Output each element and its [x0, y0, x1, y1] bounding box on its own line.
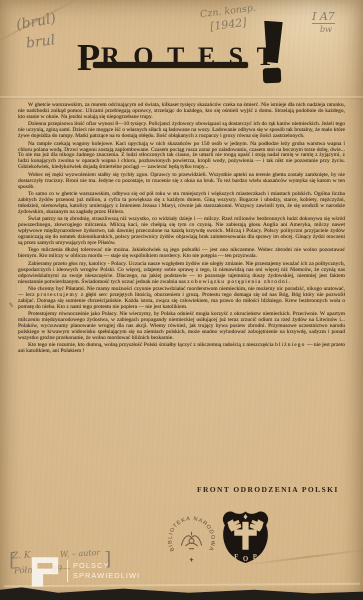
- paragraph-text: .: [288, 279, 289, 285]
- paragraph-text: Tego milczenia dłużej tolerować nie możn…: [18, 247, 345, 259]
- paragraph: Wobec tej męki wyzwoleniem stałby się ry…: [18, 173, 345, 191]
- emblem-letters: F O P: [234, 554, 257, 563]
- paragraph-text: W ghetcie warszawskim, za murem odcinają…: [18, 102, 345, 120]
- leaflet-page: (brul) brul Czn. konsp. [1942] I A7 bw P…: [0, 0, 363, 600]
- paragraph-text: To samo co w ghetcie warszawskim, odbywa…: [18, 191, 345, 215]
- paragraph: Zabieramy przeto głos my, katolicy - Pol…: [18, 262, 345, 286]
- watermark-divider: [67, 560, 68, 582]
- body-text: W ghetcie warszawskim, za murem odcinają…: [18, 103, 345, 357]
- title-text: ROTEST: [101, 42, 288, 72]
- library-stamp-cross-icon: ✚: [189, 557, 193, 563]
- site-watermark: POLSCY SPRAWIEDLIWI: [28, 553, 140, 588]
- paragraph: Dzienna przepisowa ilość ofiar wynosi 8—…: [18, 122, 345, 140]
- paragraph: Nie chcemy być Piłatami. Nie mamy możnoś…: [18, 287, 345, 311]
- paragraph-text: Świat patrzy na tę zbrodnię, straszliwsz…: [18, 216, 345, 246]
- scanned-document: (brul) brul Czn. konsp. [1942] I A7 bw P…: [0, 0, 363, 600]
- library-round-stamp: BIBLIOTEKA NARODOWA ✚: [168, 516, 215, 564]
- library-stamp-eagle-icon: [181, 532, 201, 549]
- title-block: P ROTEST: [0, 0, 363, 100]
- paragraph: Tego milczenia dłużej tolerować nie możn…: [18, 248, 345, 260]
- emblem-letter-o: O: [243, 556, 248, 563]
- paragraph-text: Zabieramy przeto głos my, katolicy - Pol…: [18, 261, 345, 285]
- watermark-line-1: POLSCY: [73, 561, 140, 571]
- paragraph-text: Dzienna przepisowa ilość ofiar wynosi 8—…: [18, 121, 345, 139]
- paragraph-text: Wobec tej męki wyzwoleniem stałby się ry…: [18, 172, 345, 190]
- paragraph: Na rampie czekają wagony kolejowe. Kaci …: [18, 142, 345, 172]
- title-initial: P: [77, 36, 100, 80]
- emphasized-text: obowiązku potępienia zbrodni: [191, 279, 288, 285]
- paragraph: Protestujemy równocześnie jako Polacy. N…: [18, 312, 345, 342]
- signature-line: FRONT ODRODZENIA POLSKI: [197, 485, 339, 494]
- emblem-letter-p: P: [253, 554, 257, 561]
- paragraph: To samo co w ghetcie warszawskim, odbywa…: [18, 192, 345, 216]
- paragraph: W ghetcie warszawskim, za murem odcinają…: [18, 103, 345, 121]
- exclamation-dot-icon: [263, 68, 282, 84]
- pencil-margin-tick: [9, 302, 13, 307]
- paragraph: Świat patrzy na tę zbrodnię, straszliwsz…: [18, 217, 345, 247]
- emphasized-text: bliźniego: [275, 342, 305, 348]
- fop-shield-emblem: F O P: [221, 509, 270, 565]
- emblem-letter-f: F: [234, 554, 238, 561]
- title-underline: [93, 62, 248, 68]
- polin-logo-icon: [28, 553, 62, 588]
- watermark-line-2: SPRAWIEDLIWI: [73, 571, 140, 581]
- paragraph: Kto tego nie rozumie, kto dumną, wolną p…: [18, 343, 345, 355]
- paragraph-text: Na rampie czekają wagony kolejowe. Kaci …: [18, 141, 345, 171]
- paragraph-text: Protestujemy równocześnie jako Polacy. N…: [18, 311, 345, 341]
